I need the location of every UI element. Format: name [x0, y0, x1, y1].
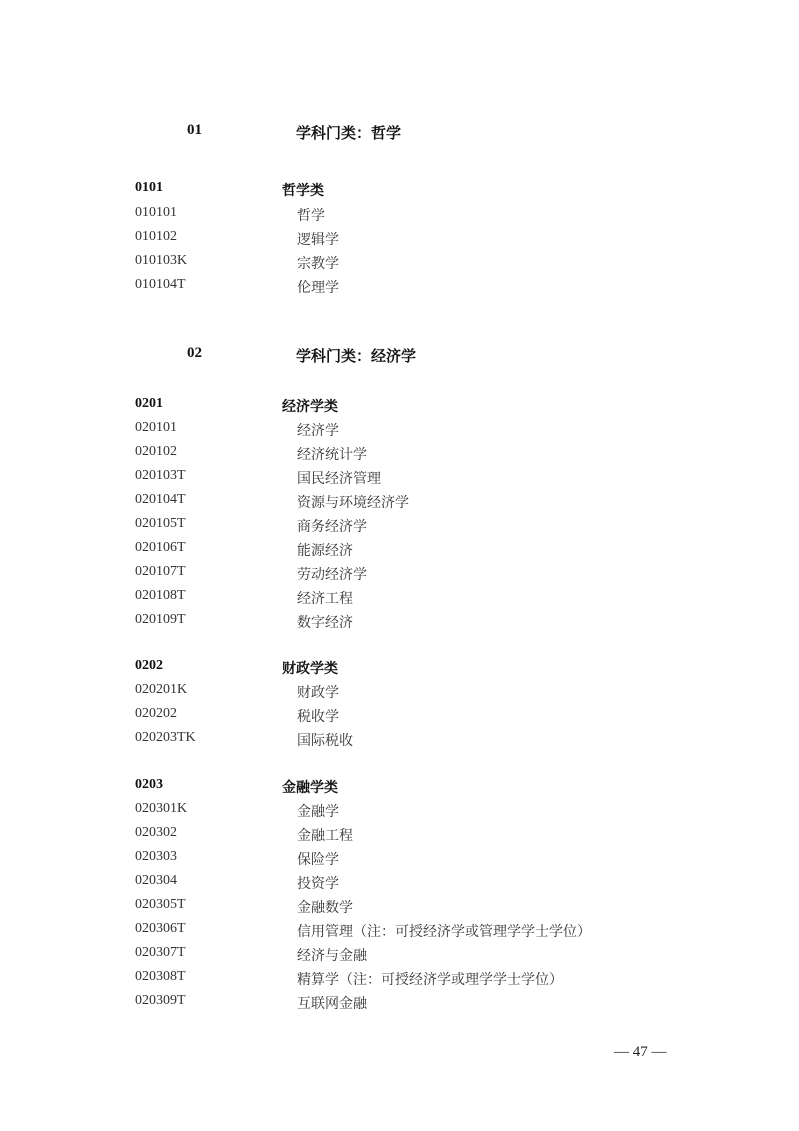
class-name: 财政学类 — [282, 658, 338, 678]
major-code: 010103K — [135, 253, 187, 269]
major-code: 020308T — [135, 969, 186, 985]
major-code: 020302 — [135, 825, 177, 841]
major-code: 020108T — [135, 588, 186, 604]
major-name: 税收学 — [297, 706, 339, 726]
class-name: 哲学类 — [282, 180, 324, 200]
class-row: 0203 金融学类 — [0, 777, 799, 799]
major-code: 020109T — [135, 612, 186, 628]
major-code: 020306T — [135, 921, 186, 937]
major-row: 020201K 财政学 — [0, 682, 799, 704]
major-name: 哲学 — [297, 205, 325, 225]
major-code: 020301K — [135, 801, 187, 817]
major-name: 数字经济 — [297, 612, 353, 632]
major-code: 010102 — [135, 229, 177, 245]
major-row: 020301K 金融学 — [0, 801, 799, 823]
major-name: 经济工程 — [297, 588, 353, 608]
major-row: 010101 哲学 — [0, 205, 799, 227]
major-row: 020203TK 国际税收 — [0, 730, 799, 752]
major-code: 020202 — [135, 706, 177, 722]
major-code: 010101 — [135, 205, 177, 221]
page-number: — 47 — — [614, 1044, 667, 1061]
major-name: 经济学 — [297, 420, 339, 440]
major-row: 020104T 资源与环境经济学 — [0, 492, 799, 514]
category-header: 01 学科门类：哲学 — [0, 122, 799, 146]
class-row: 0201 经济学类 — [0, 396, 799, 418]
major-row: 020305T 金融数学 — [0, 897, 799, 919]
major-name: 伦理学 — [297, 277, 339, 297]
major-code: 020203TK — [135, 730, 196, 746]
major-name: 精算学（注：可授经济学或理学学士学位） — [297, 969, 563, 989]
major-code: 020101 — [135, 420, 177, 436]
class-code: 0201 — [135, 396, 163, 412]
major-row: 020102 经济统计学 — [0, 444, 799, 466]
major-row: 020307T 经济与金融 — [0, 945, 799, 967]
category-header: 02 学科门类：经济学 — [0, 345, 799, 369]
major-code: 020201K — [135, 682, 187, 698]
major-name: 国际税收 — [297, 730, 353, 750]
major-code: 020107T — [135, 564, 186, 580]
major-name: 投资学 — [297, 873, 339, 893]
major-code: 010104T — [135, 277, 186, 293]
document-page: 01 学科门类：哲学 0101 哲学类 010101 哲学 010102 逻辑学… — [0, 0, 799, 1131]
major-row: 020101 经济学 — [0, 420, 799, 442]
major-name: 国民经济管理 — [297, 468, 381, 488]
major-code: 020103T — [135, 468, 186, 484]
class-code: 0202 — [135, 658, 163, 674]
major-code: 020305T — [135, 897, 186, 913]
major-name: 保险学 — [297, 849, 339, 869]
class-name: 经济学类 — [282, 396, 338, 416]
major-row: 010102 逻辑学 — [0, 229, 799, 251]
major-name: 信用管理（注：可授经济学或管理学学士学位） — [297, 921, 591, 941]
major-row: 010104T 伦理学 — [0, 277, 799, 299]
major-row: 020108T 经济工程 — [0, 588, 799, 610]
major-name: 财政学 — [297, 682, 339, 702]
category-code: 02 — [187, 345, 202, 362]
major-name: 能源经济 — [297, 540, 353, 560]
major-code: 020304 — [135, 873, 177, 889]
class-row: 0202 财政学类 — [0, 658, 799, 680]
major-name: 资源与环境经济学 — [297, 492, 409, 512]
major-code: 020307T — [135, 945, 186, 961]
major-row: 020302 金融工程 — [0, 825, 799, 847]
major-name: 金融工程 — [297, 825, 353, 845]
major-code: 020303 — [135, 849, 177, 865]
major-code: 020104T — [135, 492, 186, 508]
major-code: 020105T — [135, 516, 186, 532]
major-name: 经济与金融 — [297, 945, 367, 965]
major-row: 020202 税收学 — [0, 706, 799, 728]
class-code: 0203 — [135, 777, 163, 793]
major-name: 劳动经济学 — [297, 564, 367, 584]
major-name: 经济统计学 — [297, 444, 367, 464]
major-row: 020106T 能源经济 — [0, 540, 799, 562]
major-row: 020103T 国民经济管理 — [0, 468, 799, 490]
category-title: 学科门类：哲学 — [296, 122, 401, 143]
category-code: 01 — [187, 122, 202, 139]
class-code: 0101 — [135, 180, 163, 196]
major-row: 020303 保险学 — [0, 849, 799, 871]
major-row: 020109T 数字经济 — [0, 612, 799, 634]
major-name: 金融数学 — [297, 897, 353, 917]
major-row: 020105T 商务经济学 — [0, 516, 799, 538]
class-name: 金融学类 — [282, 777, 338, 797]
major-code: 020102 — [135, 444, 177, 460]
category-title: 学科门类：经济学 — [296, 345, 416, 366]
major-row: 020107T 劳动经济学 — [0, 564, 799, 586]
major-row: 020308T 精算学（注：可授经济学或理学学士学位） — [0, 969, 799, 991]
major-row: 010103K 宗教学 — [0, 253, 799, 275]
major-code: 020309T — [135, 993, 186, 1009]
major-row: 020306T 信用管理（注：可授经济学或管理学学士学位） — [0, 921, 799, 943]
major-name: 商务经济学 — [297, 516, 367, 536]
major-row: 020309T 互联网金融 — [0, 993, 799, 1015]
class-row: 0101 哲学类 — [0, 180, 799, 202]
major-code: 020106T — [135, 540, 186, 556]
major-name: 金融学 — [297, 801, 339, 821]
major-name: 逻辑学 — [297, 229, 339, 249]
major-row: 020304 投资学 — [0, 873, 799, 895]
major-name: 宗教学 — [297, 253, 339, 273]
major-name: 互联网金融 — [297, 993, 367, 1013]
